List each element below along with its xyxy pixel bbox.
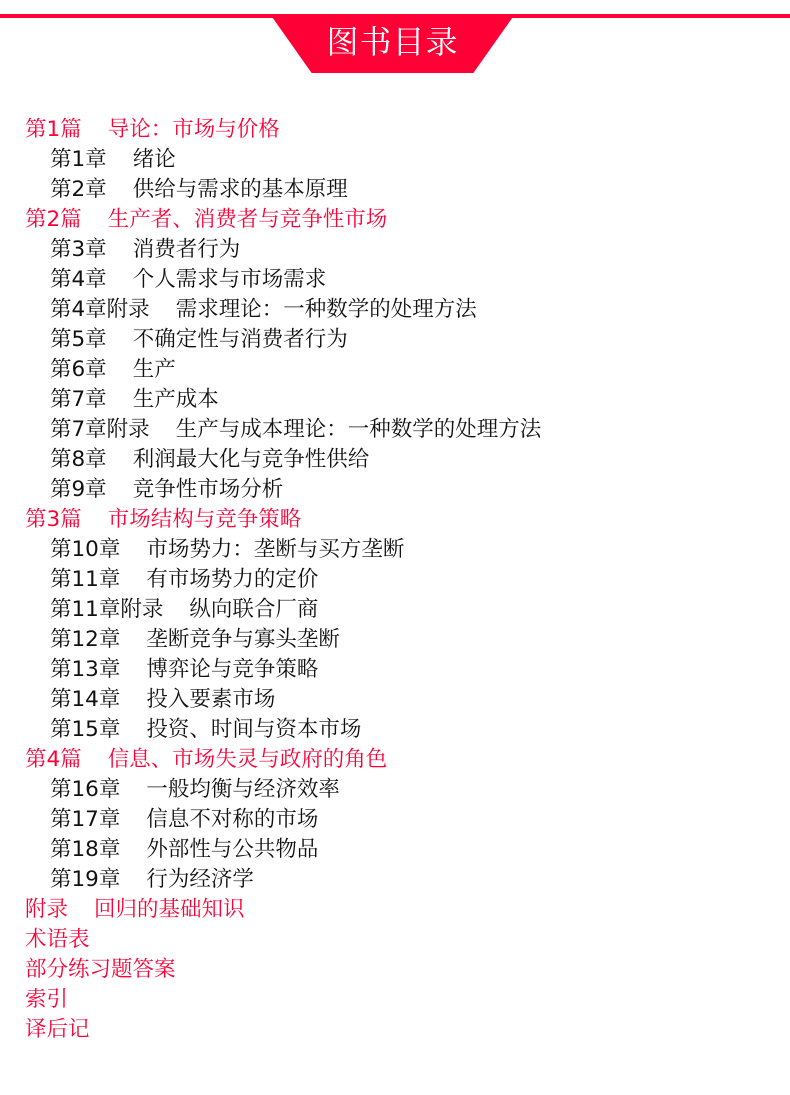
toc-chapter-entry[interactable]: 第13章博弈论与竞争策略 xyxy=(0,655,790,685)
toc-entry-number: 第5章 xyxy=(50,325,107,355)
toc-chapter-entry[interactable]: 第14章投入要素市场 xyxy=(0,685,790,715)
toc-entry-number: 第19章 xyxy=(50,865,120,895)
toc-chapter-entry[interactable]: 第11章附录纵向联合厂商 xyxy=(0,595,790,625)
toc-entry-title: 术语表 xyxy=(25,927,90,952)
toc-chapter-entry[interactable]: 第11章有市场势力的定价 xyxy=(0,565,790,595)
toc-entry-title: 纵向联合厂商 xyxy=(189,597,318,622)
toc-entry-number: 第4章 xyxy=(50,265,107,295)
toc-part-entry[interactable]: 第2篇生产者、消费者与竞争性市场 xyxy=(0,205,790,235)
toc-chapter-entry[interactable]: 第2章供给与需求的基本原理 xyxy=(0,175,790,205)
toc-entry-title: 生产 xyxy=(133,357,176,382)
toc-entry-title: 生产者、消费者与竞争性市场 xyxy=(108,207,388,232)
toc-entry-title: 博弈论与竞争策略 xyxy=(146,657,318,682)
toc-entry-number: 第6章 xyxy=(50,355,107,385)
toc-chapter-entry[interactable]: 第1章绪论 xyxy=(0,145,790,175)
toc-entry-number: 第13章 xyxy=(50,655,120,685)
toc-entry-number: 第12章 xyxy=(50,625,120,655)
toc-part-entry[interactable]: 第3篇市场结构与竞争策略 xyxy=(0,505,790,535)
toc-entry-title: 有市场势力的定价 xyxy=(146,567,318,592)
toc-entry-title: 译后记 xyxy=(25,1017,90,1042)
toc-part-entry[interactable]: 第1篇导论：市场与价格 xyxy=(0,115,790,145)
toc-chapter-entry[interactable]: 第7章生产成本 xyxy=(0,385,790,415)
toc-chapter-entry[interactable]: 第12章垄断竞争与寡头垄断 xyxy=(0,625,790,655)
toc-entry-title: 需求理论：一种数学的处理方法 xyxy=(176,297,477,322)
toc-entry-title: 回归的基础知识 xyxy=(94,897,245,922)
toc-entry-title: 生产成本 xyxy=(133,387,219,412)
toc-entry-title: 利润最大化与竞争性供给 xyxy=(133,447,370,472)
toc-chapter-entry[interactable]: 第15章投资、时间与资本市场 xyxy=(0,715,790,745)
toc-chapter-entry[interactable]: 第17章信息不对称的市场 xyxy=(0,805,790,835)
toc-entry-number: 第2章 xyxy=(50,175,107,205)
toc-chapter-entry[interactable]: 第5章不确定性与消费者行为 xyxy=(0,325,790,355)
toc-entry-title: 导论：市场与价格 xyxy=(108,117,280,142)
toc-entry-title: 外部性与公共物品 xyxy=(146,837,318,862)
toc-entry-title: 信息、市场失灵与政府的角色 xyxy=(108,747,388,772)
toc-part-entry[interactable]: 索引 xyxy=(0,985,790,1015)
toc-entry-title: 市场结构与竞争策略 xyxy=(108,507,302,532)
toc-chapter-entry[interactable]: 第8章利润最大化与竞争性供给 xyxy=(0,445,790,475)
toc-entry-number: 第1篇 xyxy=(25,115,82,145)
toc-part-entry[interactable]: 术语表 xyxy=(0,925,790,955)
toc-chapter-entry[interactable]: 第4章个人需求与市场需求 xyxy=(0,265,790,295)
toc-entry-title: 投入要素市场 xyxy=(146,687,275,712)
toc-entry-number: 第15章 xyxy=(50,715,120,745)
toc-entry-number: 第11章附录 xyxy=(50,595,163,625)
toc-entry-number: 第14章 xyxy=(50,685,120,715)
toc-part-entry[interactable]: 部分练习题答案 xyxy=(0,955,790,985)
toc-entry-number: 附录 xyxy=(25,895,68,925)
toc-entry-number: 第16章 xyxy=(50,775,120,805)
toc-entry-title: 垄断竞争与寡头垄断 xyxy=(146,627,340,652)
toc-entry-title: 投资、时间与资本市场 xyxy=(146,717,361,742)
toc-chapter-entry[interactable]: 第10章市场势力：垄断与买方垄断 xyxy=(0,535,790,565)
toc-chapter-entry[interactable]: 第9章竞争性市场分析 xyxy=(0,475,790,505)
toc-entry-title: 索引 xyxy=(25,987,68,1012)
toc-entry-number: 第18章 xyxy=(50,835,120,865)
toc-entry-number: 第3篇 xyxy=(25,505,82,535)
toc-chapter-entry[interactable]: 第18章外部性与公共物品 xyxy=(0,835,790,865)
toc-entry-number: 第17章 xyxy=(50,805,120,835)
toc-entry-title: 个人需求与市场需求 xyxy=(133,267,327,292)
toc-chapter-entry[interactable]: 第3章消费者行为 xyxy=(0,235,790,265)
toc-entry-title: 绪论 xyxy=(133,147,176,172)
toc-chapter-entry[interactable]: 第19章行为经济学 xyxy=(0,865,790,895)
page-title: 图书目录 xyxy=(270,22,515,62)
toc-entry-title: 不确定性与消费者行为 xyxy=(133,327,348,352)
toc-entry-number: 第7章附录 xyxy=(50,415,150,445)
toc-entry-title: 部分练习题答案 xyxy=(25,957,176,982)
toc-entry-number: 第10章 xyxy=(50,535,120,565)
toc-entry-title: 供给与需求的基本原理 xyxy=(133,177,348,202)
table-of-contents: 第1篇导论：市场与价格第1章绪论第2章供给与需求的基本原理第2篇生产者、消费者与… xyxy=(0,115,790,1045)
toc-entry-title: 生产与成本理论：一种数学的处理方法 xyxy=(176,417,542,442)
toc-entry-number: 第4章附录 xyxy=(50,295,150,325)
toc-entry-number: 第4篇 xyxy=(25,745,82,775)
toc-chapter-entry[interactable]: 第7章附录生产与成本理论：一种数学的处理方法 xyxy=(0,415,790,445)
toc-entry-title: 信息不对称的市场 xyxy=(146,807,318,832)
toc-entry-number: 第11章 xyxy=(50,565,120,595)
toc-entry-title: 消费者行为 xyxy=(133,237,241,262)
toc-entry-number: 第2篇 xyxy=(25,205,82,235)
toc-part-entry[interactable]: 第4篇信息、市场失灵与政府的角色 xyxy=(0,745,790,775)
toc-entry-title: 竞争性市场分析 xyxy=(133,477,284,502)
toc-part-entry[interactable]: 译后记 xyxy=(0,1015,790,1045)
toc-chapter-entry[interactable]: 第16章一般均衡与经济效率 xyxy=(0,775,790,805)
toc-entry-number: 第7章 xyxy=(50,385,107,415)
toc-part-entry[interactable]: 附录回归的基础知识 xyxy=(0,895,790,925)
toc-chapter-entry[interactable]: 第4章附录需求理论：一种数学的处理方法 xyxy=(0,295,790,325)
toc-chapter-entry[interactable]: 第6章生产 xyxy=(0,355,790,385)
toc-entry-title: 市场势力：垄断与买方垄断 xyxy=(146,537,404,562)
toc-entry-title: 一般均衡与经济效率 xyxy=(146,777,340,802)
toc-entry-number: 第9章 xyxy=(50,475,107,505)
toc-entry-number: 第3章 xyxy=(50,235,107,265)
toc-entry-number: 第1章 xyxy=(50,145,107,175)
toc-entry-title: 行为经济学 xyxy=(146,867,254,892)
toc-entry-number: 第8章 xyxy=(50,445,107,475)
